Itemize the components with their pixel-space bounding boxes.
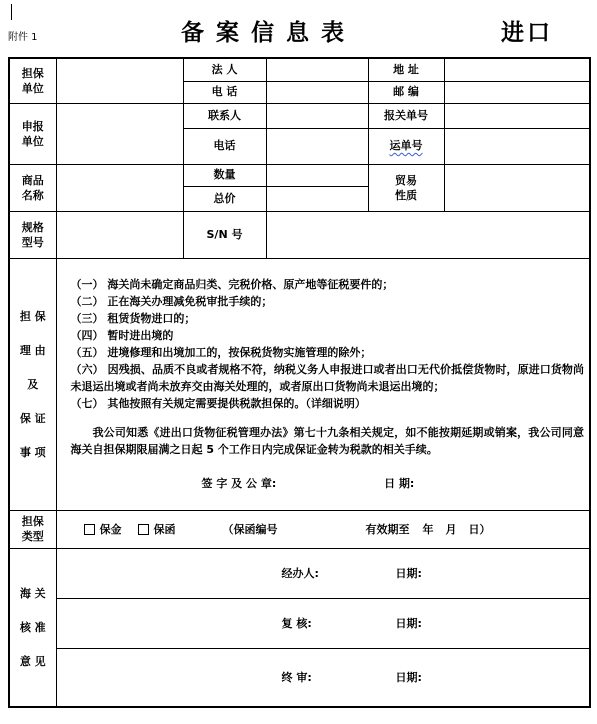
handler-label: 经办人: — [282, 565, 326, 581]
trade-nature-value[interactable] — [444, 164, 590, 211]
guarantor-unit-label: 担保 单位 — [9, 58, 56, 103]
spec-model-value[interactable] — [56, 211, 183, 258]
spec-model-label: 规格 型号 — [9, 211, 56, 258]
contact-person-label: 联系人 — [183, 103, 266, 128]
phone-value-1[interactable] — [266, 81, 368, 103]
sn-no-value[interactable] — [266, 211, 590, 258]
postcode-label: 邮 编 — [368, 81, 444, 103]
customs-row-handler[interactable]: 经办人: 日期: — [56, 548, 590, 598]
final-approver-date-label: 日期: — [396, 669, 422, 685]
customs-approval-side-label: 海 关 核 准 意 见 — [9, 548, 56, 707]
month-label: 月 — [446, 521, 457, 537]
valid-until-label: 有效期至 — [366, 521, 410, 537]
guarantee-statement: 我公司知悉《进出口货物征税管理办法》第七十九条相关规定，如不能按期延期或销案，我… — [71, 424, 585, 458]
reviewer-label: 复 核: — [282, 615, 326, 631]
attachment-label: 附件 1 — [8, 28, 38, 43]
product-name-value[interactable] — [56, 164, 183, 211]
address-value[interactable] — [444, 58, 590, 81]
guarantee-type-label: 担保 类型 — [9, 510, 56, 548]
total-price-label: 总价 — [183, 186, 266, 211]
guarantee-item-2: （二） 正在海关办理减免税审批手续的； — [71, 293, 585, 310]
guarantee-item-7: （七） 其他按照有关规定需要提供税款担保的。（详细说明） — [71, 395, 585, 412]
quantity-label: 数量 — [183, 164, 266, 186]
total-price-value[interactable] — [266, 186, 368, 211]
handler-date-label: 日期: — [396, 565, 422, 581]
final-approver-label: 终 审: — [282, 669, 326, 685]
letter-no-prefix: （保函编号 — [223, 521, 278, 537]
guarantee-item-4: （四） 暂时进出境的 — [71, 327, 585, 344]
letter-label: 保函 — [154, 521, 176, 537]
day-label: 日） — [469, 521, 491, 537]
import-label: 进口 — [501, 14, 553, 47]
customs-row-final-approver[interactable]: 终 审: 日期: — [56, 648, 590, 707]
guarantee-item-1: （一） 海关尚未确定商品归类、完税价格、原产地等征税要件的； — [71, 276, 585, 293]
quantity-value[interactable] — [266, 164, 368, 186]
trade-nature-label: 贸易 性质 — [368, 164, 444, 211]
reviewer-date-label: 日期: — [396, 615, 422, 631]
year-label: 年 — [423, 521, 434, 537]
declaration-no-value[interactable] — [444, 103, 590, 128]
declarant-unit-label: 申报 单位 — [9, 103, 56, 164]
legal-person-value[interactable] — [266, 58, 368, 81]
contact-person-value[interactable] — [266, 103, 368, 128]
phone-label-1: 电 话 — [183, 81, 266, 103]
customs-row-reviewer[interactable]: 复 核: 日期: — [56, 598, 590, 648]
filing-form-table: 担保 单位 法 人 地 址 电 话 邮 编 申报 单位 — [8, 57, 591, 708]
waybill-no-value[interactable] — [444, 128, 590, 164]
letter-checkbox[interactable] — [138, 524, 149, 535]
guarantee-reason-content: （一） 海关尚未确定商品归类、完税价格、原产地等征税要件的； （二） 正在海关办… — [56, 258, 590, 510]
signature-date-label: 日 期: — [384, 475, 414, 491]
signature-seal-label: 签 字 及 公 章: — [202, 475, 277, 491]
waybill-no-label: 运单号 — [368, 128, 444, 164]
phone-label-2: 电话 — [183, 128, 266, 164]
guarantee-item-3: （三） 租赁货物进口的； — [71, 310, 585, 327]
deposit-checkbox[interactable] — [84, 524, 95, 535]
declaration-no-label: 报关单号 — [368, 103, 444, 128]
page-title: 备 案 信 息 表 — [181, 14, 346, 47]
postcode-value[interactable] — [444, 81, 590, 103]
product-name-label: 商品 名称 — [9, 164, 56, 211]
guarantor-unit-value[interactable] — [56, 58, 183, 103]
declarant-unit-value[interactable] — [56, 103, 183, 164]
phone-value-2[interactable] — [266, 128, 368, 164]
guarantee-reason-side-label: 担 保 理 由 及 保 证 事 项 — [9, 258, 56, 510]
deposit-label: 保金 — [100, 521, 122, 537]
text-cursor — [11, 4, 12, 20]
guarantee-item-6: （六） 因残损、品质不良或者规格不符，纳税义务人申报进口或者出口无代价抵偿货物时… — [71, 361, 585, 395]
guarantee-type-content: 保金 保函 （保函编号 有效期至 年 月 日） — [56, 510, 590, 548]
legal-person-label: 法 人 — [183, 58, 266, 81]
address-label: 地 址 — [368, 58, 444, 81]
filing-form-page: 附件 1 备 案 信 息 表 进口 担保 单位 法 人 地 址 电 话 邮 — [0, 0, 597, 724]
guarantee-item-5: （五） 进境修理和出境加工的，按保税货物实施管理的除外； — [71, 344, 585, 361]
sn-no-label: S/N 号 — [183, 211, 266, 258]
